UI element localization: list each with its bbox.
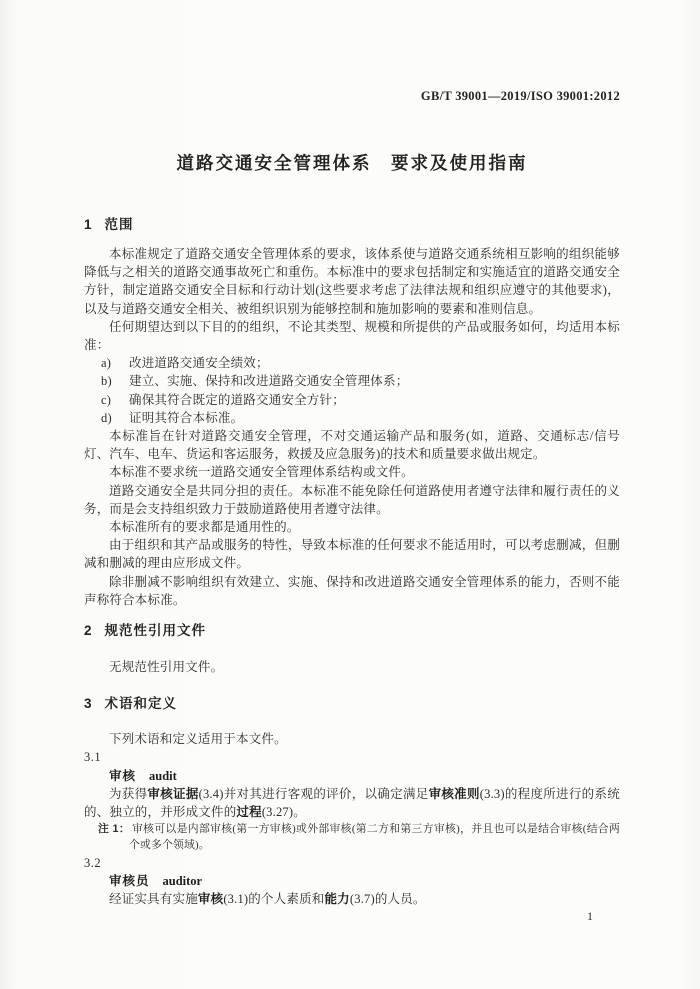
definition-run: 经证实具有实施 <box>109 892 198 906</box>
list-item-label: c) <box>101 391 129 409</box>
definition-term-ref: 审核 <box>198 892 223 906</box>
section-1-number: 1 <box>84 217 92 232</box>
section-scope: 1范围 本标准规定了道路交通安全管理体系的要求，该体系使与道路交通系统相互影响的… <box>84 216 620 609</box>
term-chinese: 审核 <box>109 769 136 783</box>
scope-paragraph-5: 道路交通安全是共同分担的责任。本标准不能免除任何道路使用者遵守法律和履行责任的义… <box>84 482 620 518</box>
scope-objectives-list: a)改进道路交通安全绩效； b)建立、实施、保持和改进道路交通安全管理体系； c… <box>84 354 620 427</box>
term-title-line: 审核员auditor <box>84 872 620 890</box>
list-item-text: 证明其符合本标准。 <box>129 411 243 425</box>
term-english: audit <box>149 769 177 783</box>
section-3-title: 术语和定义 <box>105 696 178 711</box>
scope-paragraph-1: 本标准规定了道路交通安全管理体系的要求，该体系使与道路交通系统相互影响的组织能够… <box>84 245 620 318</box>
scope-paragraph-8: 除非删减不影响组织有效建立、实施、保持和改进道路交通安全管理体系的能力，否则不能… <box>84 573 620 609</box>
scope-paragraph-4: 本标准不要求统一道路交通安全管理体系结构或文件。 <box>84 463 620 481</box>
definition-run: (3.7)的人员。 <box>350 892 426 906</box>
section-1-heading: 1范围 <box>84 216 620 233</box>
list-item-text: 建立、实施、保持和改进道路交通安全管理体系； <box>129 374 408 388</box>
document-footer: 1 <box>84 909 620 923</box>
term-number: 3.2 <box>84 854 620 872</box>
term-english: auditor <box>163 874 203 888</box>
normative-references-paragraph: 无规范性引用文件。 <box>84 658 620 676</box>
list-item-label: a) <box>101 354 129 372</box>
section-3-heading: 3术语和定义 <box>84 695 620 712</box>
scope-paragraph-6: 本标准所有的要求都是通用性的。 <box>84 518 620 536</box>
list-item: a)改进道路交通安全绩效； <box>84 354 620 372</box>
list-item: c)确保其符合既定的道路交通安全方针； <box>84 391 620 409</box>
term-chinese: 审核员 <box>109 874 150 888</box>
scope-paragraph-2: 任何期望达到以下目的的组织，不论其类型、规模和所提供的产品或服务如何，均适用本标… <box>84 318 620 354</box>
list-item: d)证明其符合本标准。 <box>84 409 620 427</box>
term-entry-3-2: 3.2 审核员auditor 经证实具有实施审核(3.1)的个人素质和能力(3.… <box>84 854 620 909</box>
definition-term-ref: 审核证据 <box>147 787 198 801</box>
section-2-title: 规范性引用文件 <box>105 623 207 638</box>
standard-code: GB/T 39001—2019/ISO 39001:2012 <box>421 89 620 103</box>
page-number: 1 <box>587 909 593 923</box>
scope-paragraph-7: 由于组织和其产品或服务的特性，导致本标准的任何要求不能适用时，可以考虑删减，但删… <box>84 536 620 572</box>
term-entry-3-1: 3.1 审核audit 为获得审核证据(3.4)并对其进行客观的评价，以确定满足… <box>84 748 620 853</box>
definition-term-ref: 能力 <box>324 892 349 906</box>
term-definition: 为获得审核证据(3.4)并对其进行客观的评价，以确定满足审核准则(3.3)的程度… <box>84 785 620 821</box>
section-2-heading: 2规范性引用文件 <box>84 622 620 639</box>
definition-term-ref: 审核准则 <box>429 787 480 801</box>
definition-run: (3.27)。 <box>262 805 306 819</box>
note-label: 注 1： <box>98 823 130 835</box>
definition-term-ref: 过程 <box>236 805 261 819</box>
term-number: 3.1 <box>84 748 620 766</box>
list-item-label: b) <box>101 372 129 390</box>
definition-run: (3.1)的个人素质和 <box>223 892 324 906</box>
definition-run: 为获得 <box>109 787 147 801</box>
section-1-title: 范围 <box>105 217 134 232</box>
terms-intro-paragraph: 下列术语和定义适用于本文件。 <box>84 730 620 748</box>
document-header: GB/T 39001—2019/ISO 39001:2012 <box>84 89 620 103</box>
document-page: GB/T 39001—2019/ISO 39001:2012 道路交通安全管理体… <box>0 89 700 923</box>
section-3-number: 3 <box>84 696 92 711</box>
list-item-text: 确保其符合既定的道路交通安全方针； <box>129 393 345 407</box>
note-text: 审核可以是内部审核(第一方审核)或外部审核(第二方和第三方审核)，并且也可以是结… <box>129 823 620 851</box>
definition-run: (3.4)并对其进行客观的评价，以确定满足 <box>199 787 429 801</box>
term-note: 注 1：审核可以是内部审核(第一方审核)或外部审核(第二方和第三方审核)，并且也… <box>84 822 620 854</box>
section-2-number: 2 <box>84 623 92 638</box>
section-normative-references: 2规范性引用文件 无规范性引用文件。 <box>84 622 620 676</box>
document-title: 道路交通安全管理体系 要求及使用指南 <box>84 151 620 175</box>
list-item-label: d) <box>101 409 129 427</box>
term-definition: 经证实具有实施审核(3.1)的个人素质和能力(3.7)的人员。 <box>84 890 620 908</box>
list-item-text: 改进道路交通安全绩效； <box>129 356 269 370</box>
scope-paragraph-3: 本标准旨在针对道路交通安全管理，不对交通运输产品和服务(如，道路、交通标志/信号… <box>84 427 620 463</box>
term-title-line: 审核audit <box>84 767 620 785</box>
list-item: b)建立、实施、保持和改进道路交通安全管理体系； <box>84 372 620 390</box>
section-terms-definitions: 3术语和定义 下列术语和定义适用于本文件。 3.1 审核audit 为获得审核证… <box>84 695 620 908</box>
